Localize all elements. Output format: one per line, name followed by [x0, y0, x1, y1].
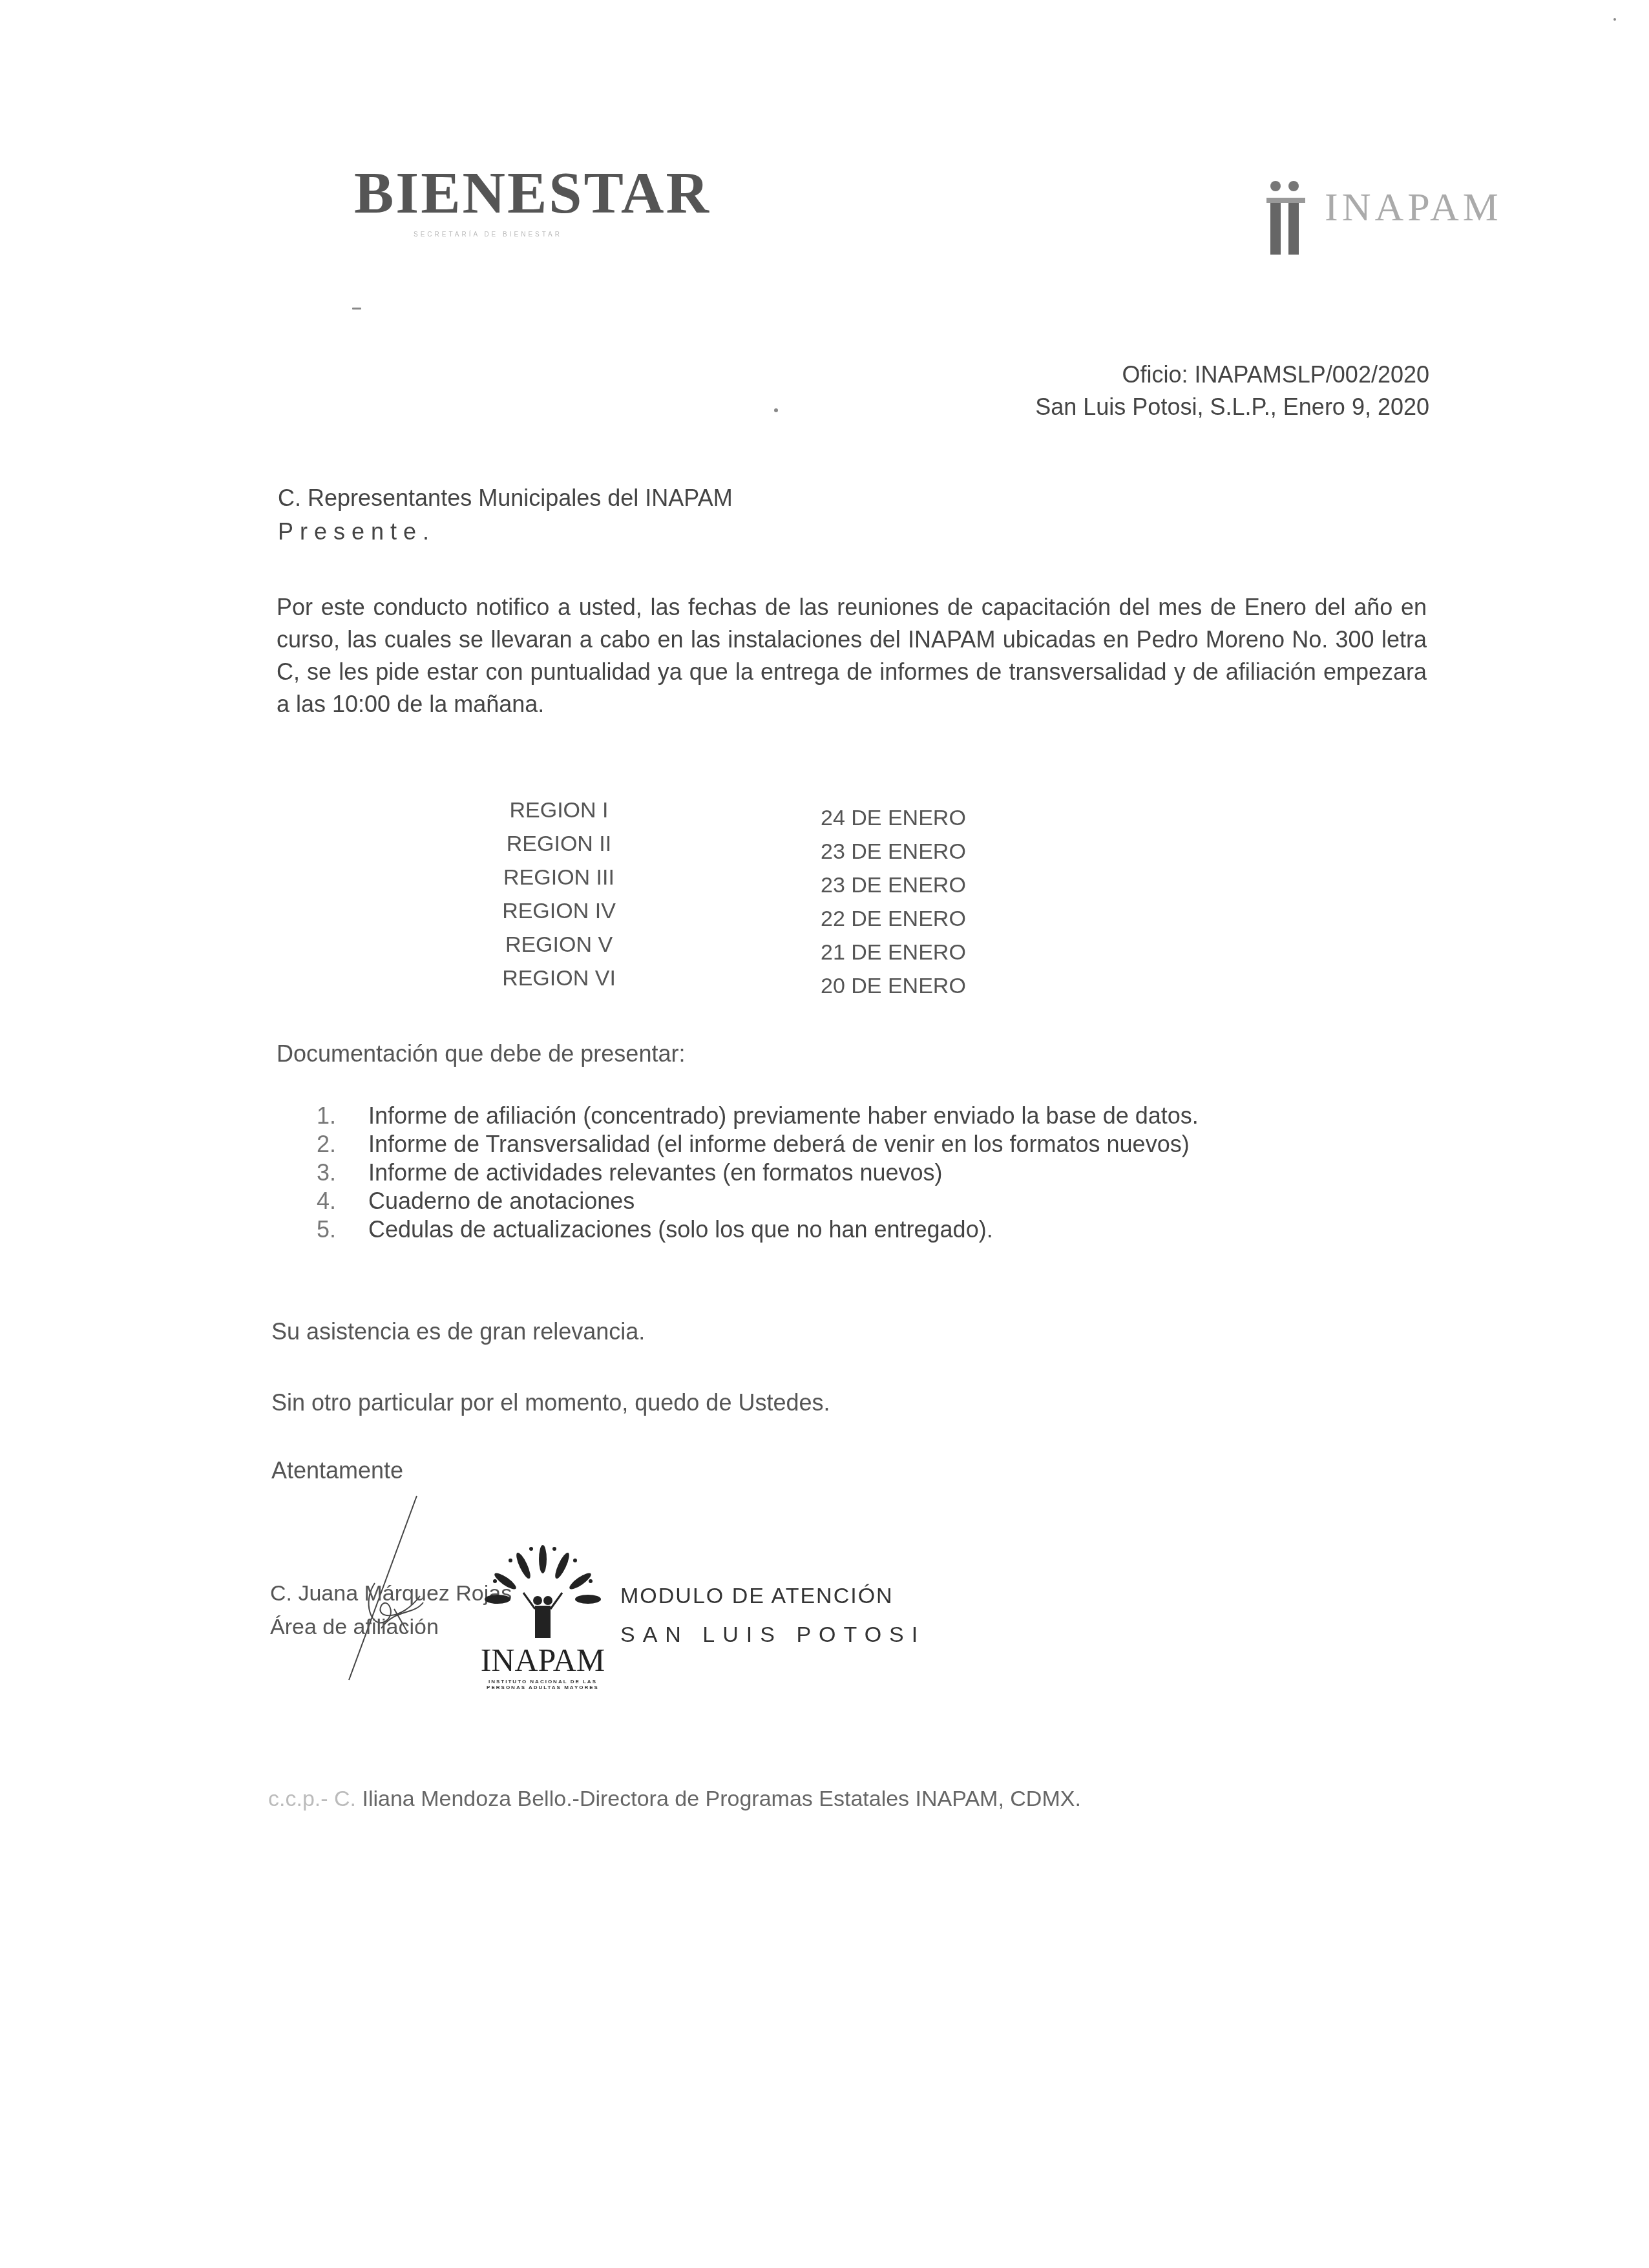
- schedule-date: 23 DE ENERO: [821, 832, 966, 865]
- schedule-date: 22 DE ENERO: [821, 899, 966, 932]
- schedule-row: REGION I24 DE ENERO: [478, 798, 1060, 832]
- list-item-number: 2.: [317, 1130, 368, 1159]
- documentation-title: Documentación que debe de presentar:: [277, 1040, 685, 1067]
- list-item-text: Informe de Transversalidad (el informe d…: [368, 1130, 1190, 1159]
- schedule-row: REGION V21 DE ENERO: [478, 932, 1060, 966]
- inapam-tree-icon: [465, 1541, 620, 1644]
- list-item: 3.Informe de actividades relevantes (en …: [317, 1159, 1199, 1187]
- closing-farewell: Sin otro particular por el momento, qued…: [271, 1389, 830, 1416]
- schedule-region: REGION II: [478, 832, 640, 865]
- list-item: 4.Cuaderno de anotaciones: [317, 1187, 1199, 1215]
- bienestar-logo-subtitle: SECRETARÍA DE BIENESTAR: [414, 231, 562, 238]
- inapam-header-logo: INAPAM: [1266, 181, 1502, 255]
- list-item-text: Informe de afiliación (concentrado) prev…: [368, 1102, 1199, 1130]
- addressee-line: C. Representantes Municipales del INAPAM: [278, 481, 733, 515]
- reference-block: Oficio: INAPAMSLP/002/2020 San Luis Poto…: [1035, 359, 1429, 423]
- schedule-date: 23 DE ENERO: [821, 865, 966, 899]
- scan-speck: [1613, 18, 1616, 21]
- list-item-number: 3.: [317, 1159, 368, 1187]
- body-paragraph: Por este conducto notifico a usted, las …: [277, 591, 1427, 720]
- inapam-wordmark: INAPAM: [1325, 185, 1502, 231]
- bienestar-logo: BIENESTAR: [354, 158, 711, 227]
- schedule-region: REGION IV: [478, 899, 640, 932]
- list-item: 5.Cedulas de actualizaciones (solo los q…: [317, 1215, 1199, 1244]
- addressee: C. Representantes Municipales del INAPAM…: [278, 481, 733, 549]
- carbon-copy: c.c.p.- C. Iliana Mendoza Bello.-Directo…: [268, 1787, 1081, 1812]
- schedule-date: 20 DE ENERO: [821, 966, 966, 1000]
- schedule-row: REGION IV22 DE ENERO: [478, 899, 1060, 932]
- stamp-logo-subtext: INSTITUTO NACIONAL DE LAS: [465, 1679, 620, 1685]
- list-item: 2.Informe de Transversalidad (el informe…: [317, 1130, 1199, 1159]
- closing-regards: Atentamente: [271, 1457, 403, 1484]
- schedule-table: REGION I24 DE ENEROREGION II23 DE ENEROR…: [478, 798, 1060, 1000]
- stamp-logo-subtext: PERSONAS ADULTAS MAYORES: [465, 1685, 620, 1690]
- schedule-date: 24 DE ENERO: [821, 798, 966, 832]
- list-item-number: 5.: [317, 1215, 368, 1244]
- list-item-number: 4.: [317, 1187, 368, 1215]
- schedule-row: REGION VI20 DE ENERO: [478, 966, 1060, 1000]
- schedule-date: 21 DE ENERO: [821, 932, 966, 966]
- inapam-stamp: INAPAM INSTITUTO NACIONAL DE LAS PERSONA…: [465, 1541, 620, 1703]
- list-item-text: Cedulas de actualizaciones (solo los que…: [368, 1215, 993, 1244]
- place-date: San Luis Potosi, S.L.P., Enero 9, 2020: [1035, 391, 1429, 423]
- documentation-list: 1.Informe de afiliación (concentrado) pr…: [317, 1102, 1199, 1244]
- list-item-text: Cuaderno de anotaciones: [368, 1187, 635, 1215]
- stamp-line-1: MODULO DE ATENCIÓN: [620, 1577, 925, 1615]
- scan-speck: [774, 408, 778, 412]
- schedule-row: REGION II23 DE ENERO: [478, 832, 1060, 865]
- stamp-line-2: SAN LUIS POTOSI: [620, 1615, 925, 1654]
- schedule-region: REGION V: [478, 932, 640, 966]
- closing-relevance: Su asistencia es de gran relevancia.: [271, 1318, 645, 1345]
- scan-speck: [352, 308, 361, 310]
- list-item: 1.Informe de afiliación (concentrado) pr…: [317, 1102, 1199, 1130]
- schedule-row: REGION III23 DE ENERO: [478, 865, 1060, 899]
- inapam-figures-icon: [1266, 181, 1305, 255]
- ccp-prefix: c.c.p.- C.: [268, 1787, 356, 1811]
- oficio-number: Oficio: INAPAMSLP/002/2020: [1035, 359, 1429, 391]
- list-item-number: 1.: [317, 1102, 368, 1130]
- list-item-text: Informe de actividades relevantes (en fo…: [368, 1159, 942, 1187]
- schedule-region: REGION I: [478, 798, 640, 832]
- stamp-logo-text: INAPAM: [465, 1641, 620, 1679]
- schedule-region: REGION III: [478, 865, 640, 899]
- addressee-presente: Presente.: [278, 515, 733, 549]
- stamp-text: MODULO DE ATENCIÓN SAN LUIS POTOSI: [620, 1577, 925, 1654]
- schedule-region: REGION VI: [478, 966, 640, 1000]
- ccp-text: Iliana Mendoza Bello.-Directora de Progr…: [362, 1787, 1080, 1811]
